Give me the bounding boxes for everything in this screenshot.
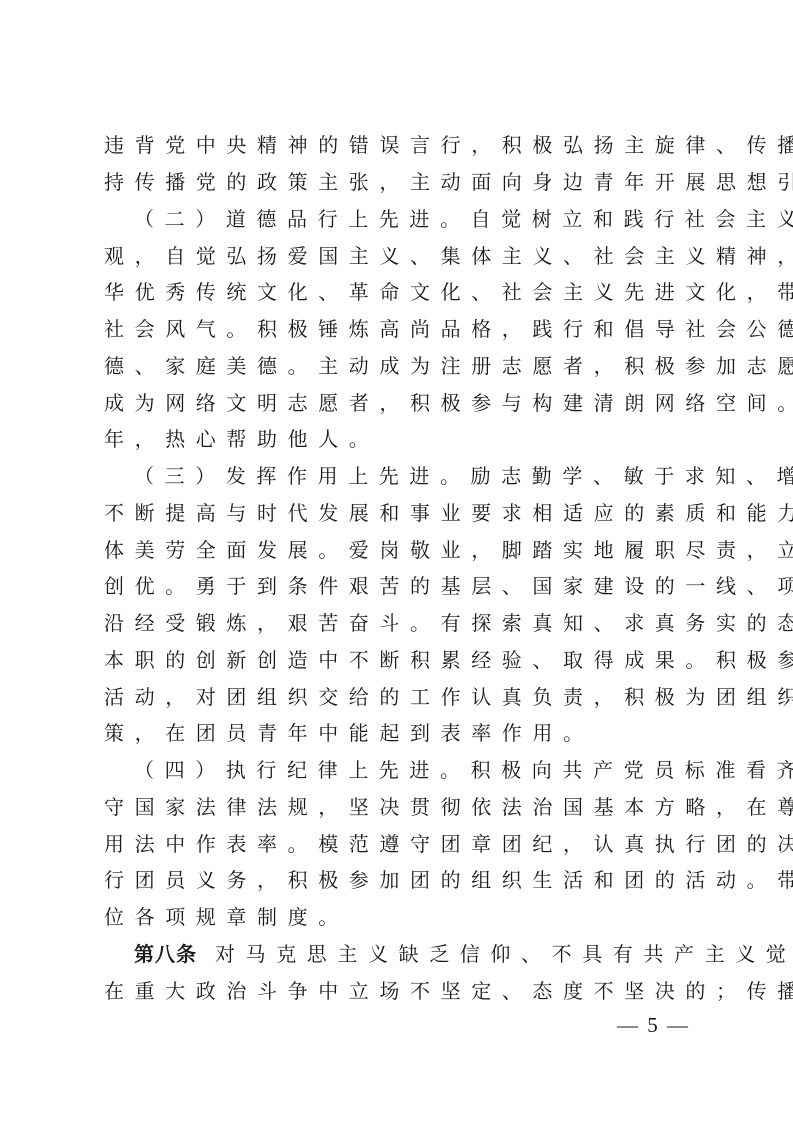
text-line: 行团员义务，积极参加团的组织生活和团的活动。带头遵守本单 [104, 865, 692, 895]
text-line: 社会风气。积极锤炼高尚品格，践行和倡导社会公德、职业道 [104, 314, 692, 344]
text-line: 成为网络文明志愿者，积极参与构建清朗网络空间。积极联系青 [104, 388, 692, 418]
page-number: — 5 — [600, 1013, 690, 1038]
text-line: 华优秀传统文化、革命文化、社会主义先进文化，带头倡导良好 [104, 277, 692, 307]
text-line: 本职的创新创造中不断积累经验、取得成果。积极参加团组织的 [104, 645, 692, 675]
text-line: 用法中作表率。模范遵守团章团纪，认真执行团的决议，自觉履 [104, 829, 692, 859]
section-heading-three: （三）发挥作用上先进。励志勤学、敏于求知、增长才干， [134, 461, 722, 491]
text-line: 年，热心帮助他人。 [104, 424, 692, 454]
document-page: 违背党中央精神的错误言行，积极弘扬主旋律、传播正能量，坚 持传播党的政策主张，主… [0, 0, 793, 1122]
text-line: 在重大政治斗争中立场不坚定、态度不坚决的；传播反党反社会 [104, 976, 692, 1006]
section-heading-four: （四）执行纪律上先进。积极向共产党员标准看齐，自觉遵 [134, 755, 722, 785]
text-line: 观，自觉弘扬爱国主义、集体主义、社会主义精神，积极传承中 [104, 241, 692, 271]
text-line: 守国家法律法规，坚决贯彻依法治国基本方略，在尊法学法守法 [104, 792, 692, 822]
article-label: 第八条 [134, 942, 197, 966]
article-eight-line: 第八条对马克思主义缺乏信仰、不具有共产主义觉悟的； [134, 939, 722, 969]
text-line: 德、家庭美德。主动成为注册志愿者，积极参加志愿服务。主动 [104, 351, 692, 381]
text-line: 违背党中央精神的错误言行，积极弘扬主旋律、传播正能量，坚 [104, 130, 692, 160]
text-line: 持传播党的政策主张，主动面向身边青年开展思想引领工作。 [104, 167, 692, 197]
text-line: 活动，对团组织交给的工作认真负责，积极为团组织工作出谋划 [104, 682, 692, 712]
article-text: 对马克思主义缺乏信仰、不具有共产主义觉悟的； [215, 942, 793, 966]
text-line: 体美劳全面发展。爱岗敬业，脚踏实地履职尽责，立足岗位争先 [104, 535, 692, 565]
text-line: 创优。勇于到条件艰苦的基层、国家建设的一线、项目攻关的前 [104, 571, 692, 601]
section-heading-two: （二）道德品行上先进。自觉树立和践行社会主义核心价值 [134, 204, 722, 234]
text-line: 策，在团员青年中能起到表率作用。 [104, 718, 692, 748]
text-line: 位各项规章制度。 [104, 902, 692, 932]
text-line: 不断提高与时代发展和事业要求相适应的素质和能力，做到德智 [104, 498, 692, 528]
text-line: 沿经受锻炼，艰苦奋斗。有探索真知、求真务实的态度，在立足 [104, 608, 692, 638]
